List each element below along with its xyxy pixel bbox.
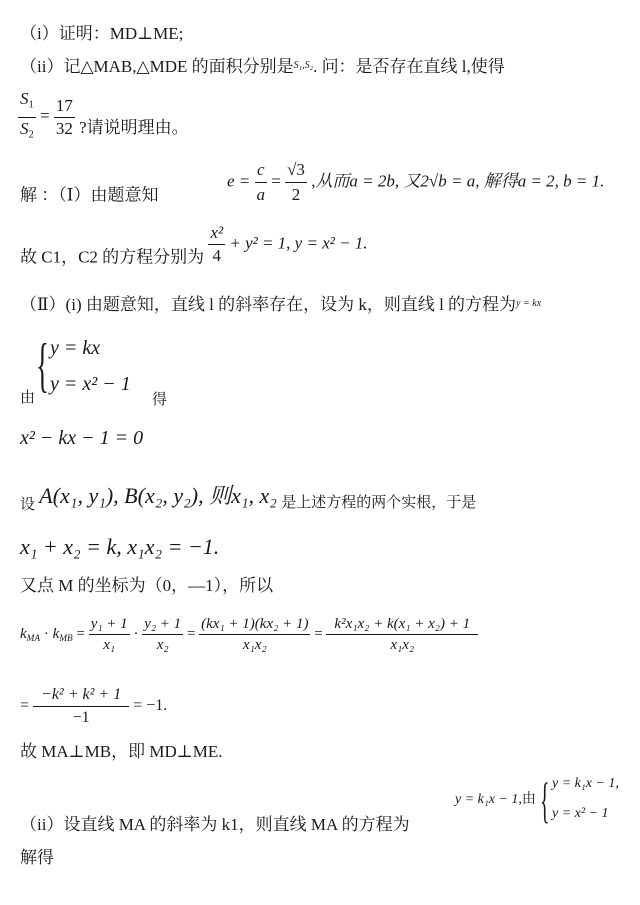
fraction-2: y₂ + 1x₂ xyxy=(142,614,183,655)
k-ma-sub: MA xyxy=(27,634,40,644)
eccentricity-result: ,从而a = 2b, 又2√b = a, 解得a = 2, b = 1. xyxy=(311,171,604,190)
equals: = xyxy=(271,171,281,190)
ratio-value-den: 32 xyxy=(54,117,75,140)
vieta-relations: x₁ + x₂ = k, x₁x₂ = −1. xyxy=(20,534,219,560)
c-over-a: c a xyxy=(255,158,268,207)
point-m-statement: 又点 M 的坐标为（0，—1），所以 xyxy=(20,576,273,596)
roots-statement: 设 A(x₁, y₁), B(x₂, y₂), 则x₁, x₂ 是上述方程的两个… xyxy=(20,486,476,515)
area-variables: S₁,S₂ xyxy=(294,60,313,71)
solution-label: 解 ：（Ⅰ）由题意知 xyxy=(20,185,158,204)
ma-equation: y = k₁x − 1, xyxy=(455,792,522,807)
solve-label: 解得 xyxy=(20,848,54,868)
part-ii-prefix: （ii）记△MAB,△MDE 的面积分别是 xyxy=(20,57,294,76)
f3-den: x₁x₂ xyxy=(199,634,310,655)
x2-over-4: x² 4 xyxy=(208,222,225,267)
ma-system-eq1: y = k₁x − 1, xyxy=(552,774,619,794)
ma-system-eq2: y = x² − 1 xyxy=(552,804,609,824)
solution-step-eccentricity: 解 ：（Ⅰ）由题意知 e = c a = √3 2 ,从而a = 2b, 又2√… xyxy=(20,158,604,207)
f1-num: y₁ + 1 xyxy=(89,614,130,634)
two: 2 xyxy=(285,182,307,207)
line-l-equation: y = kx xyxy=(516,298,541,309)
equations-label: 故 C1，C2 的方程分别为 xyxy=(20,247,204,266)
four: 4 xyxy=(208,244,225,267)
k-ma: k xyxy=(20,626,27,642)
ratio-question: ?请说明理由。 xyxy=(79,118,189,137)
f4-den: x₁x₂ xyxy=(326,634,478,655)
roots-text: 是上述方程的两个实根，于是 xyxy=(281,495,476,511)
f4-num: k²x₁x₂ + k(x₁ + x₂) + 1 xyxy=(326,614,478,634)
roots-points: A(x₁, y₁), B(x₂, y₂), 则x₁, x₂ xyxy=(39,483,277,508)
quadratic-equation: x² − kx − 1 = 0 xyxy=(20,428,143,448)
ratio-numerator: S xyxy=(20,89,29,108)
f2-num: y₂ + 1 xyxy=(142,614,183,634)
ratio-value: 17 32 xyxy=(54,95,75,140)
area-ratio: S1 S2 = 17 32 ?请说明理由。 xyxy=(18,88,189,146)
f3-num: (kx₁ + 1)(kx₂ + 1) xyxy=(199,614,310,634)
c-num: c xyxy=(255,158,268,182)
ratio-equals: = xyxy=(40,106,50,125)
line-l-text: （Ⅱ）(i) 由题意知，直线 l 的斜率存在，设为 k，则直线 l 的方程为 xyxy=(20,295,516,314)
equations-result: + y² = 1, y = x² − 1. xyxy=(229,233,367,252)
ratio-den-sub: 2 xyxy=(29,129,34,140)
solution-step-equations: 故 C1，C2 的方程分别为 x² 4 + y² = 1, y = x² − 1… xyxy=(20,222,368,268)
result-value: = −1. xyxy=(133,697,167,714)
fraction-3: (kx₁ + 1)(kx₂ + 1)x₁x₂ xyxy=(199,614,310,655)
ma-system-brace: { xyxy=(540,770,550,830)
ma-slope-statement: （ii）设直线 MA 的斜率为 k1，则直线 MA 的方程为 xyxy=(20,815,410,835)
ratio-num-sub: 1 xyxy=(29,100,34,111)
part-i-statement: （i）证明：MD⊥ME; xyxy=(20,24,183,44)
ma-line-equation: y = k₁x − 1,由 xyxy=(455,790,536,810)
f2-den: x₂ xyxy=(142,634,183,655)
sqrt3-over-2: √3 2 xyxy=(285,158,307,207)
system-you: 由 xyxy=(20,388,35,408)
f5-num: −k² + k² + 1 xyxy=(33,684,129,706)
system-de: 得 xyxy=(152,390,167,410)
system-eq2: y = x² − 1 xyxy=(50,374,131,394)
perpendicular-conclusion: 故 MA⊥MB，即 MD⊥ME. xyxy=(20,742,222,762)
eccentricity-e: e = xyxy=(227,171,250,190)
slope-product: kMA · kMB = y₁ + 1x₁ · y₂ + 1x₂ = (kx₁ +… xyxy=(20,614,478,655)
fraction-4: k²x₁x₂ + k(x₁ + x₂) + 1x₁x₂ xyxy=(326,614,478,655)
ratio-value-num: 17 xyxy=(54,95,75,117)
ratio-fraction: S1 S2 xyxy=(18,88,36,146)
fraction-5: −k² + k² + 1−1 xyxy=(33,684,129,729)
f1-den: x₁ xyxy=(89,634,130,655)
system-eq1: y = kx xyxy=(50,338,100,358)
ma-you: 由 xyxy=(522,792,536,807)
system-of-equations: 由 { y = kx y = x² − 1 得 xyxy=(20,330,220,410)
k-mb-sub: MB xyxy=(59,634,72,644)
slope-product-result: = −k² + k² + 1−1 = −1. xyxy=(20,684,167,729)
dot: · xyxy=(44,626,49,642)
solution-step-line-l: （Ⅱ）(i) 由题意知，直线 l 的斜率存在，设为 k，则直线 l 的方程为y … xyxy=(20,294,541,315)
x2: x² xyxy=(208,222,225,244)
roots-she: 设 xyxy=(20,497,35,513)
left-brace: { xyxy=(36,330,49,400)
a-den: a xyxy=(255,182,268,207)
part-ii-suffix: . 问：是否存在直线 l,使得 xyxy=(313,57,505,76)
part-ii-statement: （ii）记△MAB,△MDE 的面积分别是S₁,S₂. 问：是否存在直线 l,使… xyxy=(20,56,505,77)
f5-den: −1 xyxy=(33,706,129,729)
ratio-denominator: S xyxy=(20,119,29,138)
fraction-1: y₁ + 1x₁ xyxy=(89,614,130,655)
sqrt3: √3 xyxy=(285,158,307,182)
